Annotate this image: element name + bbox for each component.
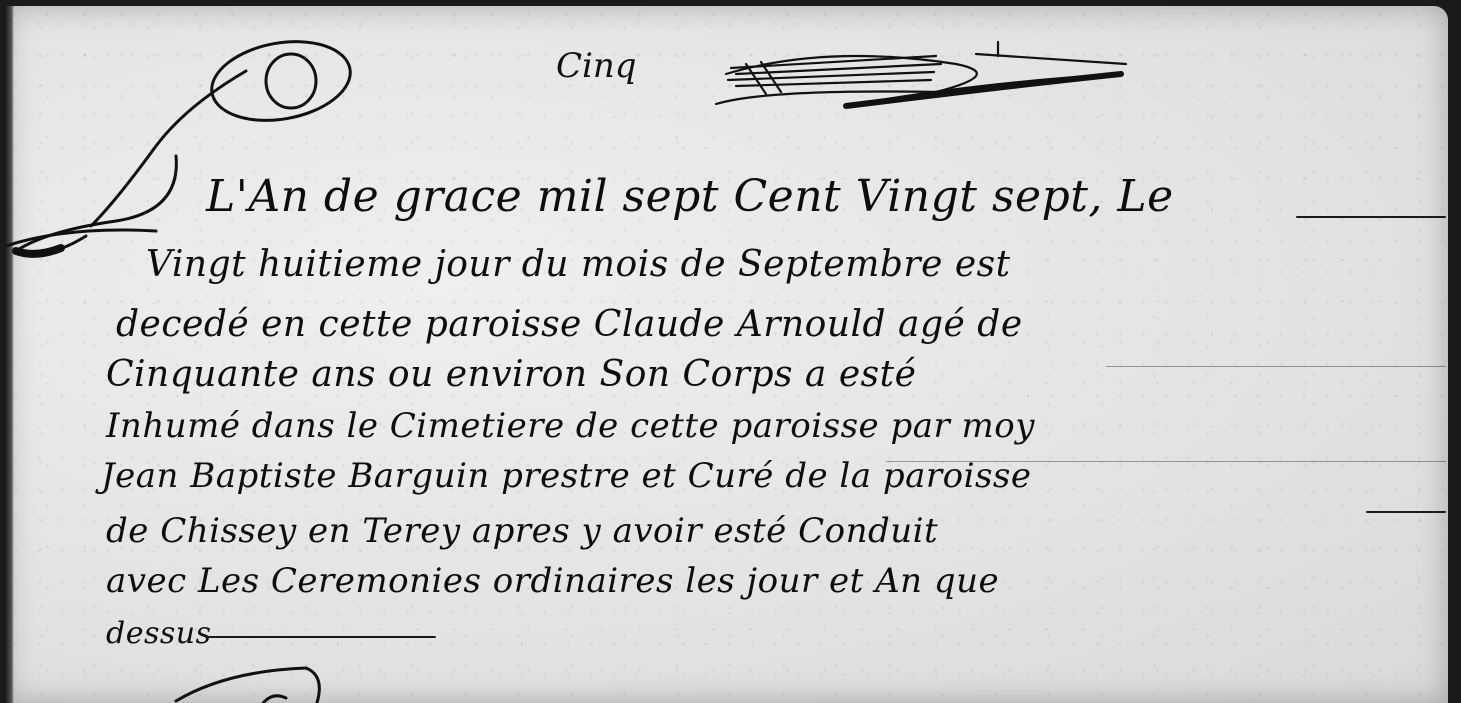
decorative-initial-l-icon [6,36,366,276]
faint-ruling [1106,366,1446,367]
entry-line-6: Jean Baptiste Barguin prestre et Curé de… [101,456,1032,496]
entry-line-3: decedé en cette paroisse Claude Arnould … [116,304,1023,345]
page-header: Cinq [556,46,637,86]
entry-line-8: avec Les Ceremonies ordinaires les jour … [106,561,999,601]
faint-ruling [886,461,1446,462]
register-page: Cinq L'An de grace mil sept Cent Vingt s… [6,6,1448,703]
line-fill-stroke [206,636,436,638]
entry-line-7: de Chissey en Terey apres y avoir esté C… [106,511,938,551]
entry-line-5: Inhumé dans le Cimetiere de cette parois… [106,406,1035,446]
entry-line-1: L'An de grace mil sept Cent Vingt sept, … [206,171,1174,222]
next-entry-flourish-icon [166,656,346,703]
entry-line-4: Cinquante ans ou environ Son Corps a est… [106,354,916,395]
line-fill-stroke [1296,216,1446,218]
line-fill-stroke [1366,511,1446,513]
struck-out-scribble-icon [706,34,1146,114]
entry-line-9: dessus [106,616,211,651]
entry-line-2: Vingt huitieme jour du mois de Septembre… [146,244,1011,285]
